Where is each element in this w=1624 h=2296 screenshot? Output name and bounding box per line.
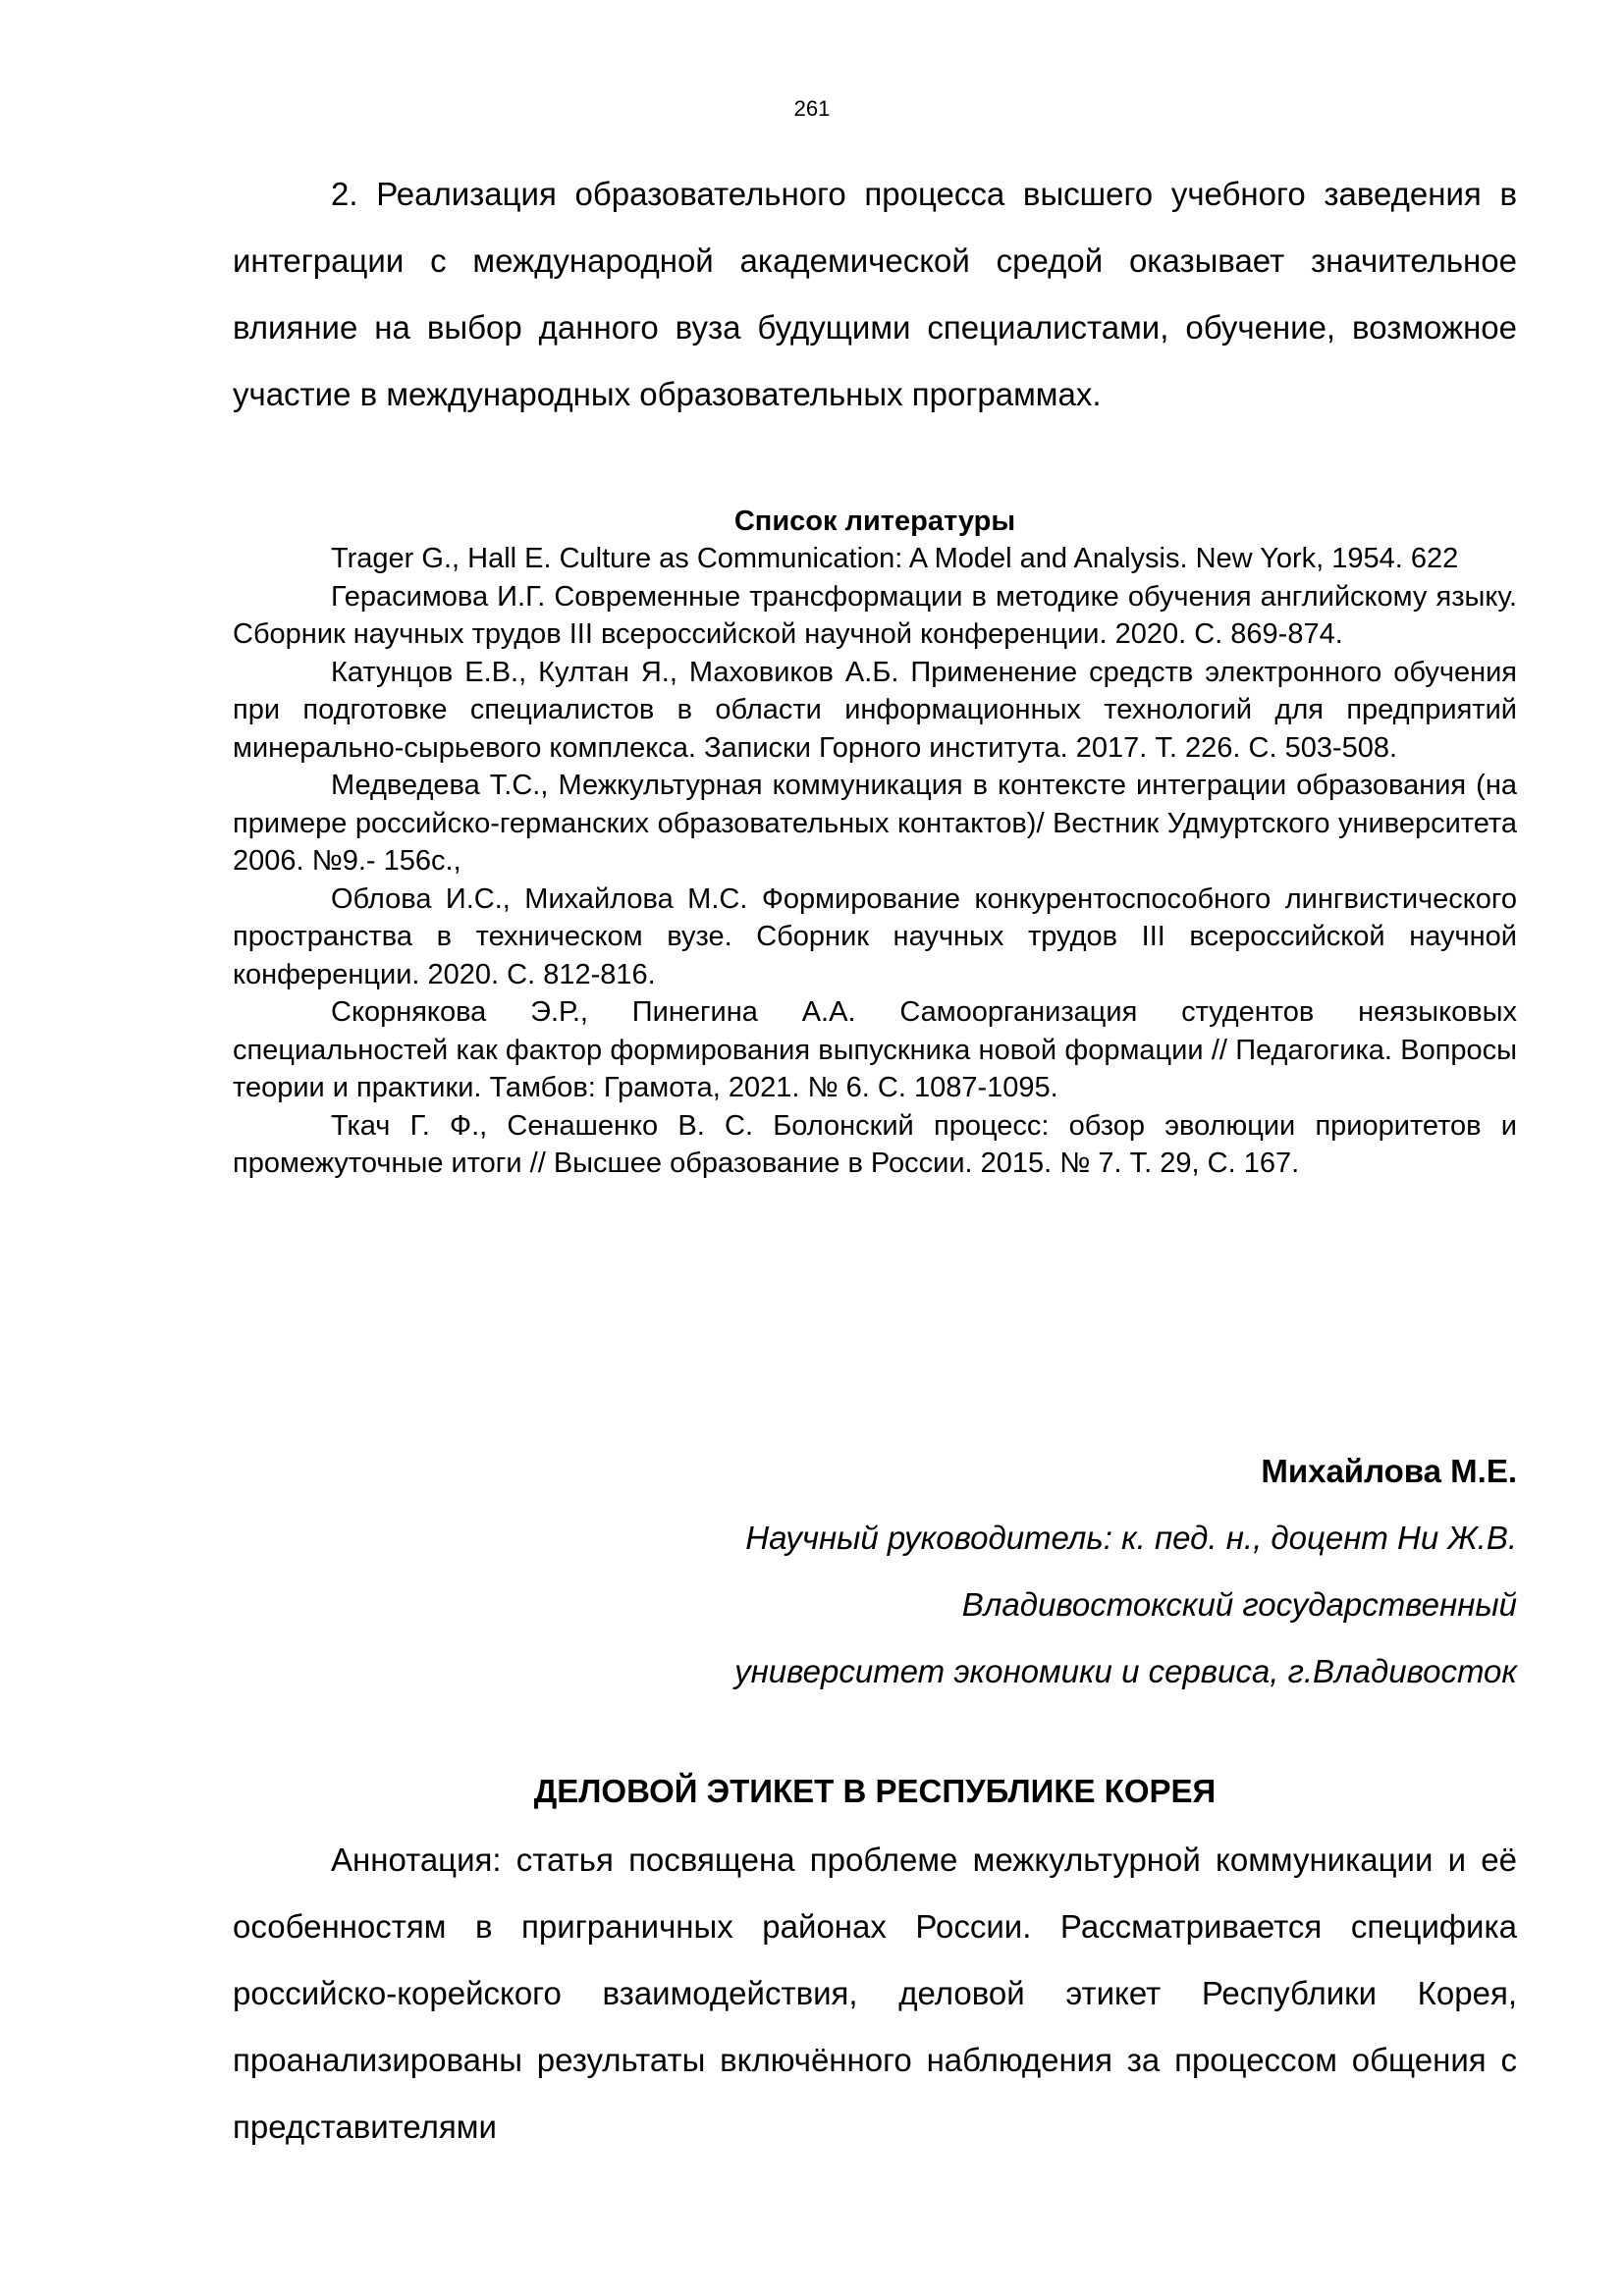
bibliography-item: Катунцов Е.В., Култан Я., Маховиков А.Б.… bbox=[233, 654, 1517, 768]
annotation-section: Аннотация: статья посвящена проблеме меж… bbox=[233, 1827, 1517, 2161]
bibliography-item: Облова И.С., Михайлова М.С. Формирование… bbox=[233, 881, 1517, 994]
page-number: 261 bbox=[0, 96, 1624, 122]
bibliography-item: Скорнякова Э.Р., Пинегина А.А. Самоорган… bbox=[233, 993, 1517, 1107]
affiliation-line-1: Владивостокский государственный bbox=[233, 1572, 1517, 1638]
intro-paragraph: 2. Реализация образовательного процесса … bbox=[233, 161, 1517, 428]
bibliography-item: Медведева Т.С., Межкультурная коммуникац… bbox=[233, 767, 1517, 881]
author-block: Михайлова М.Е. Научный руководитель: к. … bbox=[233, 1438, 1517, 1705]
bibliography-item: Trager G., Hall E. Culture as Communicat… bbox=[233, 540, 1517, 578]
supervisor: Научный руководитель: к. пед. н., доцент… bbox=[233, 1505, 1517, 1572]
affiliation-line-2: университет экономики и сервиса, г.Влади… bbox=[233, 1638, 1517, 1705]
bibliography-item: Ткач Г. Ф., Сенашенко В. С. Болонский пр… bbox=[233, 1107, 1517, 1183]
article-title: ДЕЛОВОЙ ЭТИКЕТ В РЕСПУБЛИКЕ КОРЕЯ bbox=[233, 1767, 1517, 1816]
intro-section: 2. Реализация образовательного процесса … bbox=[233, 161, 1517, 428]
bibliography-item: Герасимова И.Г. Современные трансформаци… bbox=[233, 578, 1517, 654]
bibliography-title: Список литературы bbox=[233, 503, 1517, 540]
annotation-paragraph: Аннотация: статья посвящена проблеме меж… bbox=[233, 1827, 1517, 2161]
author-name: Михайлова М.Е. bbox=[233, 1438, 1517, 1505]
bibliography-list: Trager G., Hall E. Culture as Communicat… bbox=[233, 540, 1517, 1183]
